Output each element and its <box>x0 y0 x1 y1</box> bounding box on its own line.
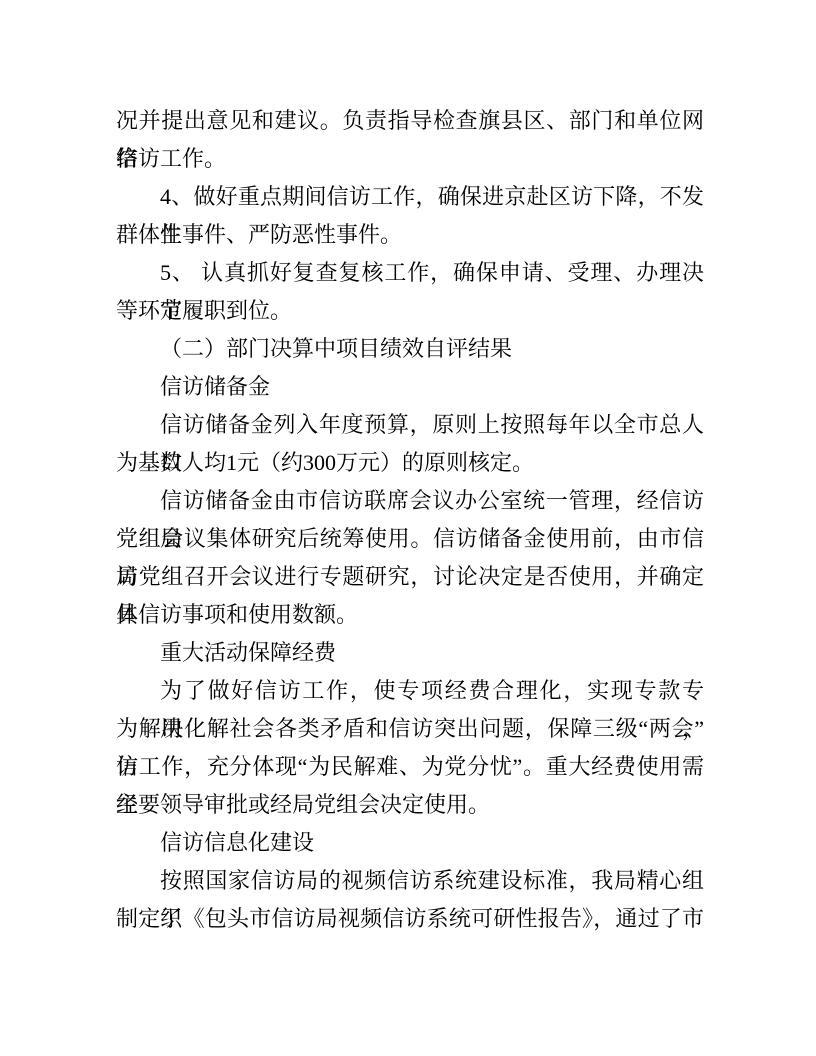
text-line: 况并提出意见和建议。负责指导检查旗县区、部门和单位网络 <box>116 102 704 140</box>
text-line: 信访储备金 <box>116 368 704 406</box>
text-line: 信访工作。 <box>116 140 704 178</box>
text-line: 信访储备金由市信访联席会议办公室统一管理，经信访局 <box>116 482 704 520</box>
text-line: 5、 认真抓好复查复核工作，确保申请、受理、办理决定 <box>116 254 704 292</box>
text-line: 局党组召开会议进行专题研究，讨论决定是否使用，并确定具 <box>116 558 704 596</box>
text-line: 主要领导审批或经局党组会决定使用。 <box>116 786 704 824</box>
text-line: 为了做好信访工作，使专项经费合理化，实现专款专用， <box>116 672 704 710</box>
text-line: 信访信息化建设 <box>116 824 704 862</box>
text-line: 制定了《包头市信访局视频信访系统可研性报告》，通过了市 <box>116 900 704 938</box>
text-line: 信访储备金列入年度预算，原则上按照每年以全市总人口 <box>116 406 704 444</box>
text-line: 按照国家信访局的视频信访系统建设标准，我局精心组织 <box>116 862 704 900</box>
text-line: 重大活动保障经费 <box>116 634 704 672</box>
text-line: 访工作，充分体现“为民解难、为党分忧”。重大经费使用需经 <box>116 748 704 786</box>
text-line: 等环节履职到位。 <box>116 292 704 330</box>
text-line: 4、做好重点期间信访工作，确保进京赴区访下降，不发生 <box>116 178 704 216</box>
text-line: 党组会议集体研究后统筹使用。信访储备金使用前，由市信访 <box>116 520 704 558</box>
text-line: 为解决化解社会各类矛盾和信访突出问题，保障三级“两会”信 <box>116 710 704 748</box>
text-column: 况并提出意见和建议。负责指导检查旗县区、部门和单位网络信访工作。4、做好重点期间… <box>116 102 704 938</box>
text-line: 体信访事项和使用数额。 <box>116 596 704 634</box>
document-page: 况并提出意见和建议。负责指导检查旗县区、部门和单位网络信访工作。4、做好重点期间… <box>0 0 816 1056</box>
text-line: 为基数人均1元（约300万元）的原则核定。 <box>116 444 704 482</box>
text-line: 群体性事件、严防恶性事件。 <box>116 216 704 254</box>
text-line: （二）部门决算中项目绩效自评结果 <box>116 330 704 368</box>
